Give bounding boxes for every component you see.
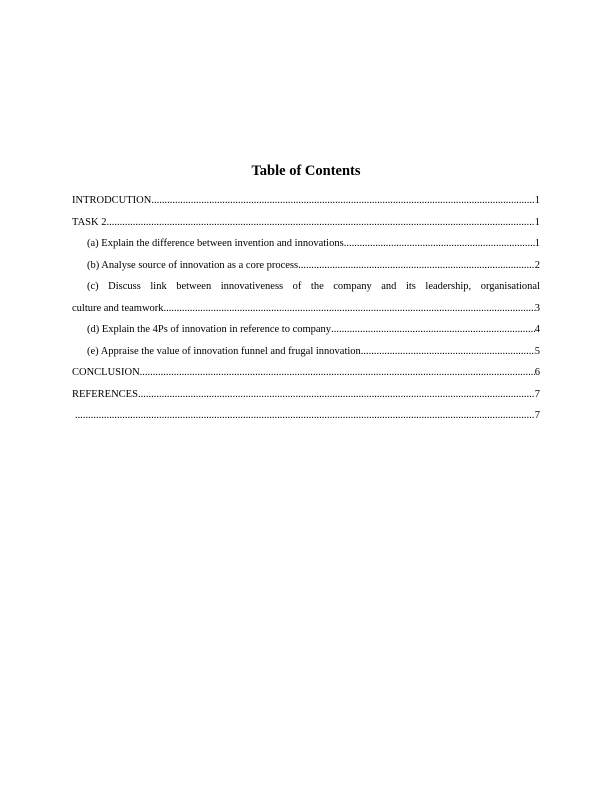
dot-leader xyxy=(331,319,535,341)
toc-entry-conclusion[interactable]: CONCLUSION 6 xyxy=(72,362,540,384)
dot-leader xyxy=(361,341,535,363)
toc-entry-task-2[interactable]: TASK 2 1 xyxy=(72,212,540,234)
toc-entry-untitled[interactable]: 7 xyxy=(72,405,540,427)
toc-entry-label: (c) Discuss link between innovativeness … xyxy=(87,276,540,298)
toc-entry-label-continued: culture and teamwork xyxy=(72,298,164,320)
dot-leader xyxy=(140,362,535,384)
dot-leader xyxy=(138,384,535,406)
toc-entry-label: (e) Appraise the value of innovation fun… xyxy=(87,341,361,363)
dot-leader xyxy=(75,405,535,427)
toc-entry-label: (a) Explain the difference between inven… xyxy=(87,233,344,255)
toc-entry-page: 2 xyxy=(535,255,540,277)
toc-entry-label: (b) Analyse source of innovation as a co… xyxy=(87,255,298,277)
toc-entry-page: 1 xyxy=(535,212,540,234)
toc-entry-b[interactable]: (b) Analyse source of innovation as a co… xyxy=(72,255,540,277)
toc-entry-page: 1 xyxy=(535,190,540,212)
document-page: Table of Contents INTRODCUTION 1 TASK 2 … xyxy=(0,0,612,792)
toc-entry-label: CONCLUSION xyxy=(72,362,140,384)
dot-leader xyxy=(344,233,535,255)
toc-entry-d[interactable]: (d) Explain the 4Ps of innovation in ref… xyxy=(72,319,540,341)
toc-entry-page: 4 xyxy=(535,319,540,341)
toc-entry-label: INTRODCUTION xyxy=(72,190,151,212)
table-of-contents: INTRODCUTION 1 TASK 2 1 (a) Explain the … xyxy=(72,190,540,427)
toc-entry-e[interactable]: (e) Appraise the value of innovation fun… xyxy=(72,341,540,363)
toc-entry-page: 7 xyxy=(535,384,540,406)
toc-entry-c[interactable]: (c) Discuss link between innovativeness … xyxy=(72,276,540,319)
toc-entry-label: (d) Explain the 4Ps of innovation in ref… xyxy=(87,319,331,341)
dot-leader xyxy=(298,255,535,277)
toc-entry-label: TASK 2 xyxy=(72,212,106,234)
dot-leader xyxy=(151,190,534,212)
toc-entry-introduction[interactable]: INTRODCUTION 1 xyxy=(72,190,540,212)
toc-title: Table of Contents xyxy=(0,163,612,180)
toc-entry-label: REFERENCES xyxy=(72,384,138,406)
dot-leader xyxy=(164,298,535,320)
toc-entry-page: 6 xyxy=(535,362,540,384)
toc-entry-a[interactable]: (a) Explain the difference between inven… xyxy=(72,233,540,255)
toc-entry-references[interactable]: REFERENCES 7 xyxy=(72,384,540,406)
dot-leader xyxy=(106,212,534,234)
toc-entry-page: 1 xyxy=(535,233,540,255)
toc-entry-page: 7 xyxy=(535,405,540,427)
toc-entry-page: 5 xyxy=(535,341,540,363)
toc-entry-page: 3 xyxy=(535,298,540,320)
